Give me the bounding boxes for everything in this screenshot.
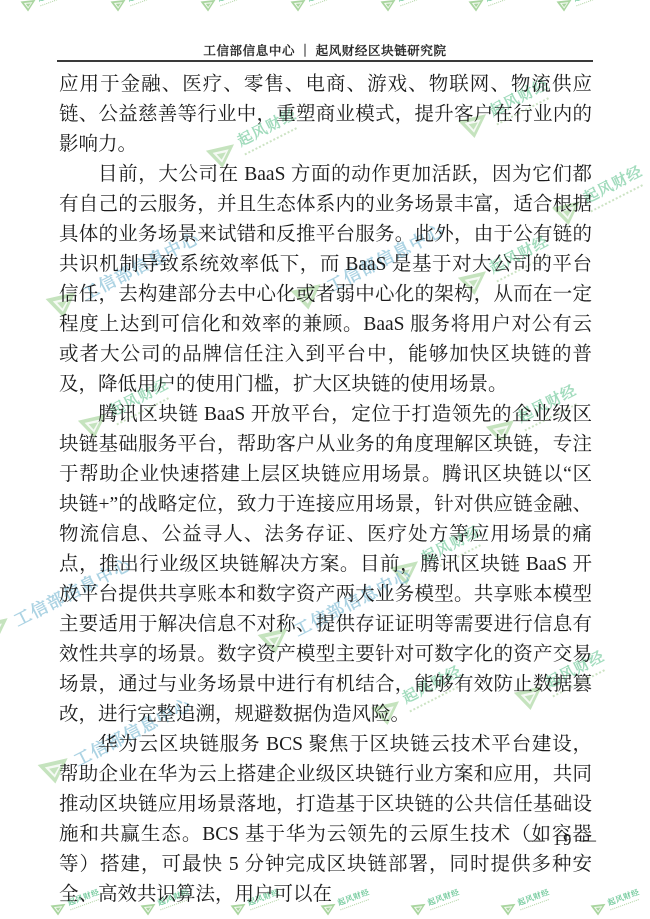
- watermark-brand-label: 起风财经: [37, 0, 71, 3]
- watermark-stamp: 起风财经: [590, 887, 643, 917]
- watermark-subtext-dots: [40, 0, 69, 6]
- qifeng-logo-icon: [200, 0, 219, 13]
- paragraph: 应用于金融、医疗、零售、电商、游戏、物联网、物流供应链、公益慈善等行业中，重塑商…: [59, 70, 592, 160]
- watermark-stamp: 起风财经: [556, 0, 609, 13]
- watermark-stamp: 起风财经: [468, 0, 521, 13]
- page-header-title: 工信部信息中心 ｜ 起风财经区块链研究院: [57, 41, 593, 59]
- qifeng-logo-icon: [468, 0, 487, 13]
- qifeng-logo-icon: [110, 0, 129, 13]
- paragraph: 腾讯区块链 BaaS 开放平台，定位于打造领先的企业级区块链基础服务平台，帮助客…: [59, 400, 592, 730]
- qifeng-logo-icon: [590, 899, 609, 917]
- page-number: — 19 —: [528, 830, 598, 850]
- qifeng-logo-icon: [20, 0, 39, 13]
- qifeng-logo-icon: [380, 0, 399, 13]
- watermark-stamp: 起风财经: [380, 0, 433, 13]
- document-page: 起风财经 起风财经 起风财经 起风财经 起风财经 起风财经 起风财经 起风财经 …: [0, 0, 650, 919]
- watermark-stamp: 起风财经: [110, 0, 163, 13]
- qifeng-logo-icon: [290, 0, 309, 13]
- watermark-stamp: 起风财经: [20, 0, 73, 13]
- paragraph: 目前，大公司在 BaaS 方面的动作更加活跃，因为它们都有自己的云服务，并且生态…: [59, 160, 592, 400]
- qifeng-logo-icon: [556, 0, 575, 13]
- document-body: 应用于金融、医疗、零售、电商、游戏、物联网、物流供应链、公益慈善等行业中，重塑商…: [59, 70, 592, 910]
- qifeng-logo-icon: [0, 609, 17, 648]
- paragraph: 华为云区块链服务 BCS 聚焦于区块链云技术平台建设，帮助企业在华为云上搭建企业…: [59, 730, 592, 910]
- watermark-stamp: 起风财经: [200, 0, 253, 13]
- header-divider: [57, 60, 593, 62]
- watermark-stamp: 起风财经: [290, 0, 343, 13]
